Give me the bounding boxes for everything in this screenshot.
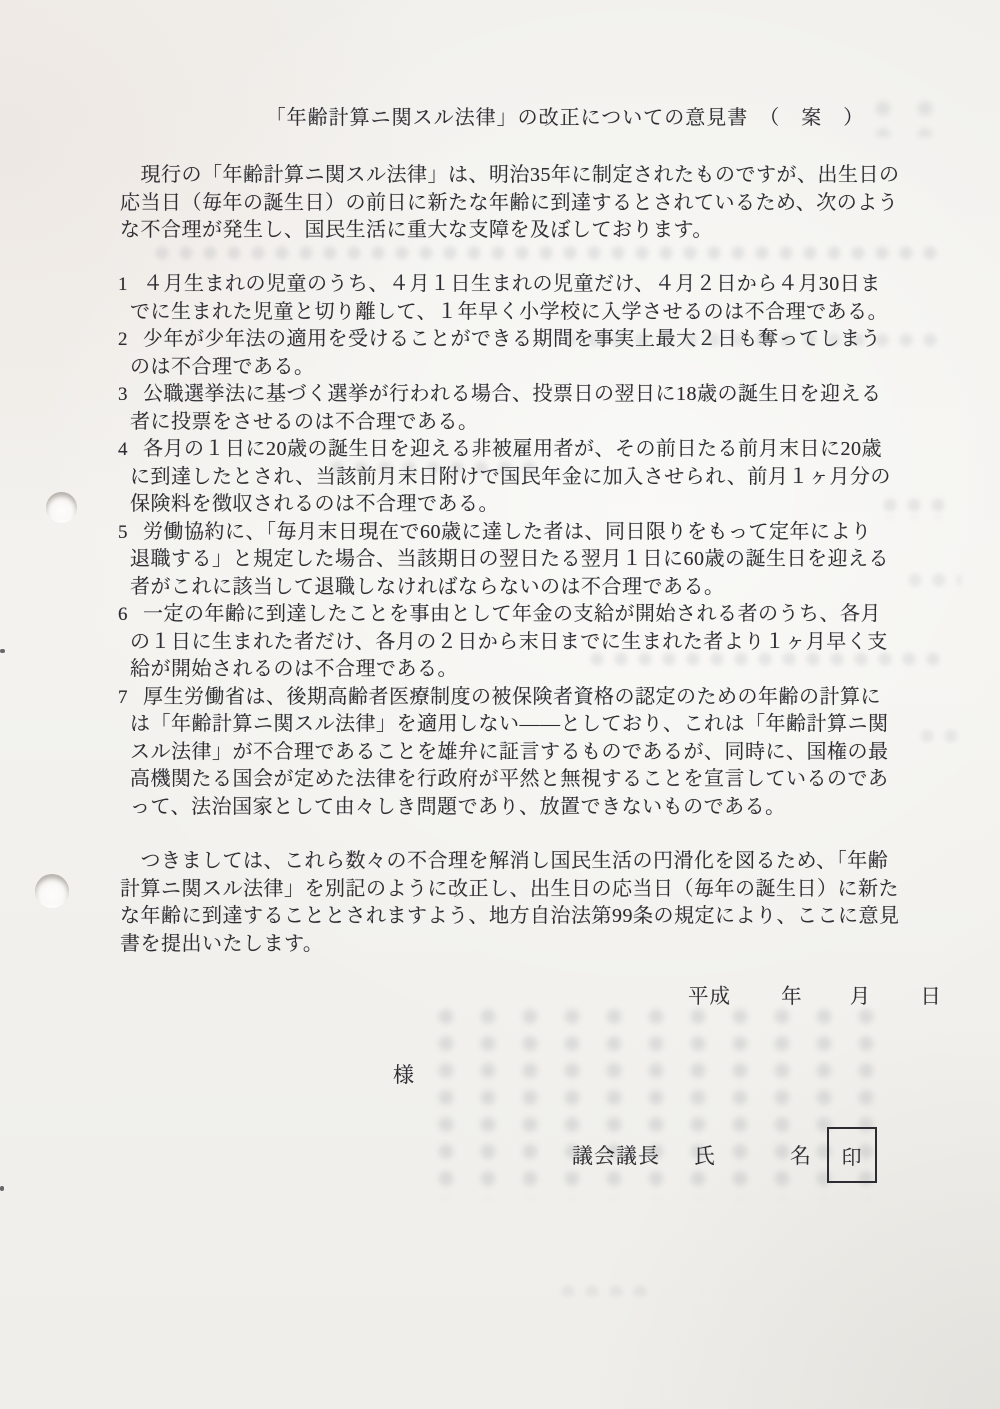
scanned-document-page: 「年齢計算ニ関スル法律」の改正についての意見書 （ 案 ） 現行の「年齢計算ニ関… (0, 0, 1000, 1409)
signature-line: 議会議長 氏 名 印 (572, 1125, 877, 1185)
punch-hole (46, 492, 77, 523)
day-label: 日 (920, 986, 942, 1008)
list-item-line: でに生まれた児童と切り離して、１年早く小学校に入学させるのは不合理である。 (130, 299, 923, 327)
list-item-first-line: 3公職選挙法に基づく選挙が行われる場合、投票日の翌日に18歳の誕生日を迎える (118, 381, 923, 409)
year-label: 年 (781, 986, 803, 1008)
name-placeholder-mei: 名 (790, 1140, 812, 1170)
item-text: 一定の年齢に到達したことを事由として年金の支給が開始される者のうち、各月 (143, 603, 881, 625)
item-text: 公職選挙法に基づく選挙が行われる場合、投票日の翌日に18歳の誕生日を迎える (143, 383, 882, 405)
item-text: 少年が少年法の適用を受けることができる期間を事実上最大２日も奪ってしまう (143, 328, 881, 350)
scan-edge-mark (0, 649, 5, 653)
date-line: 平成 年 月 日 (688, 979, 942, 1009)
list-item-first-line: 4各月の１日に20歳の誕生日を迎える非被雇用者が、その前日たる前月末日に20歳 (118, 436, 923, 464)
list-item-line: 者に投票をさせるのは不合理である。 (130, 409, 923, 437)
punch-hole (35, 874, 69, 908)
text-line: つきましては、これら数々の不合理を解消し国民生活の円滑化を図るため、「年齢 (120, 848, 920, 876)
document-title: 「年齢計算ニ関スル法律」の改正についての意見書 （ 案 ） (0, 101, 1000, 130)
month-label: 月 (850, 986, 872, 1008)
list-item-line: のは不合理である。 (130, 354, 923, 382)
text-line: 書を提出いたします。 (120, 931, 920, 959)
list-item-first-line: 7厚生労働省は、後期高齢者医療制度の被保険者資格の認定のための年齢の計算に (118, 684, 923, 712)
item-number: 3 (118, 381, 132, 409)
list-item-line: 高機関たる国会が定めた法律を行政府が平然と無視することを宣言しているのであ (130, 766, 923, 794)
bleed-through-ghost (556, 1283, 648, 1296)
list-item-first-line: 1４月生まれの児童のうち、４月１日生まれの児童だけ、４月２日から４月30日ま (118, 271, 923, 299)
item-number: 5 (118, 519, 132, 547)
list-item-line: に到達したとされ、当該前月末日附けで国民年金に加入させられ、前月１ヶ月分の (130, 464, 923, 492)
list-item-line: って、法治国家として由々しき問題であり、放置できないものである。 (130, 794, 923, 822)
bleed-through-ghost (150, 244, 940, 262)
list-item-line: 保険料を徴収されるのは不合理である。 (130, 491, 923, 519)
list-item-line: スル法律」が不合理であることを雄弁に証言するものであるが、同時に、国権の最 (130, 739, 923, 767)
text-line: 応当日（毎年の誕生日）の前日に新たな年齢に到達するとされているため、次のよう (120, 190, 920, 218)
text-line: 計算ニ関スル法律」を別記のように改正し、出生日の応当日（毎年の誕生日）に新た (120, 876, 920, 904)
list-item-line: の１日に生まれた者だけ、各月の２日から末日までに生まれた者より１ヶ月早く支 (130, 629, 923, 657)
list-item-line: 退職する」と規定した場合、当該期日の翌日たる翌月１日に60歳の誕生日を迎える (130, 546, 923, 574)
list-item-line: 給が開始されるのは不合理である。 (130, 656, 923, 684)
seal-box: 印 (827, 1127, 877, 1183)
item-number: 7 (118, 684, 132, 712)
name-placeholder-shi: 氏 (694, 1140, 716, 1170)
closing-paragraph: つきましては、これら数々の不合理を解消し国民生活の円滑化を図るため、「年齢計算ニ… (120, 848, 920, 958)
list-item-first-line: 2少年が少年法の適用を受けることができる期間を事実上最大２日も奪ってしまう (118, 326, 923, 354)
addressee-sama: 様 (393, 1059, 414, 1089)
list-item-line: 者がこれに該当して退職しなければならないのは不合理である。 (130, 574, 923, 602)
item-text: 各月の１日に20歳の誕生日を迎える非被雇用者が、その前日たる前月末日に20歳 (143, 438, 882, 460)
text-line: 現行の「年齢計算ニ関スル法律」は、明治35年に制定されたものですが、出生日の (120, 162, 920, 190)
item-number: 6 (118, 601, 132, 629)
item-text: 厚生労働省は、後期高齢者医療制度の被保険者資格の認定のための年齢の計算に (143, 686, 881, 708)
seal-label: 印 (842, 1141, 863, 1170)
item-number: 2 (118, 326, 132, 354)
list-item-first-line: 5労働協約に、「毎月末日現在で60歳に達した者は、同日限りをもって定年により (118, 519, 923, 547)
item-text: 労働協約に、「毎月末日現在で60歳に達した者は、同日限りをもって定年により (143, 521, 872, 543)
text-line: な年齢に到達することとされますよう、地方自治法第99条の規定により、ここに意見 (120, 903, 920, 931)
era-label: 平成 (688, 986, 731, 1008)
chair-title-label: 議会議長 (572, 1140, 660, 1170)
scan-edge-mark (0, 1186, 4, 1191)
text-line: な不合理が発生し、国民生活に重大な支障を及ぼしております。 (120, 217, 920, 245)
list-item-first-line: 6一定の年齢に到達したことを事由として年金の支給が開始される者のうち、各月 (118, 601, 923, 629)
item-number: 1 (118, 271, 132, 299)
intro-paragraph: 現行の「年齢計算ニ関スル法律」は、明治35年に制定されたものですが、出生日の応当… (120, 162, 920, 245)
list-item-line: は「年齢計算ニ関スル法律」を適用しない――としており、これは「年齢計算ニ関 (130, 711, 923, 739)
numbered-reason-list: 1４月生まれの児童のうち、４月１日生まれの児童だけ、４月２日から４月30日までに… (118, 271, 923, 821)
item-text: ４月生まれの児童のうち、４月１日生まれの児童だけ、４月２日から４月30日ま (143, 273, 881, 295)
item-number: 4 (118, 436, 132, 464)
